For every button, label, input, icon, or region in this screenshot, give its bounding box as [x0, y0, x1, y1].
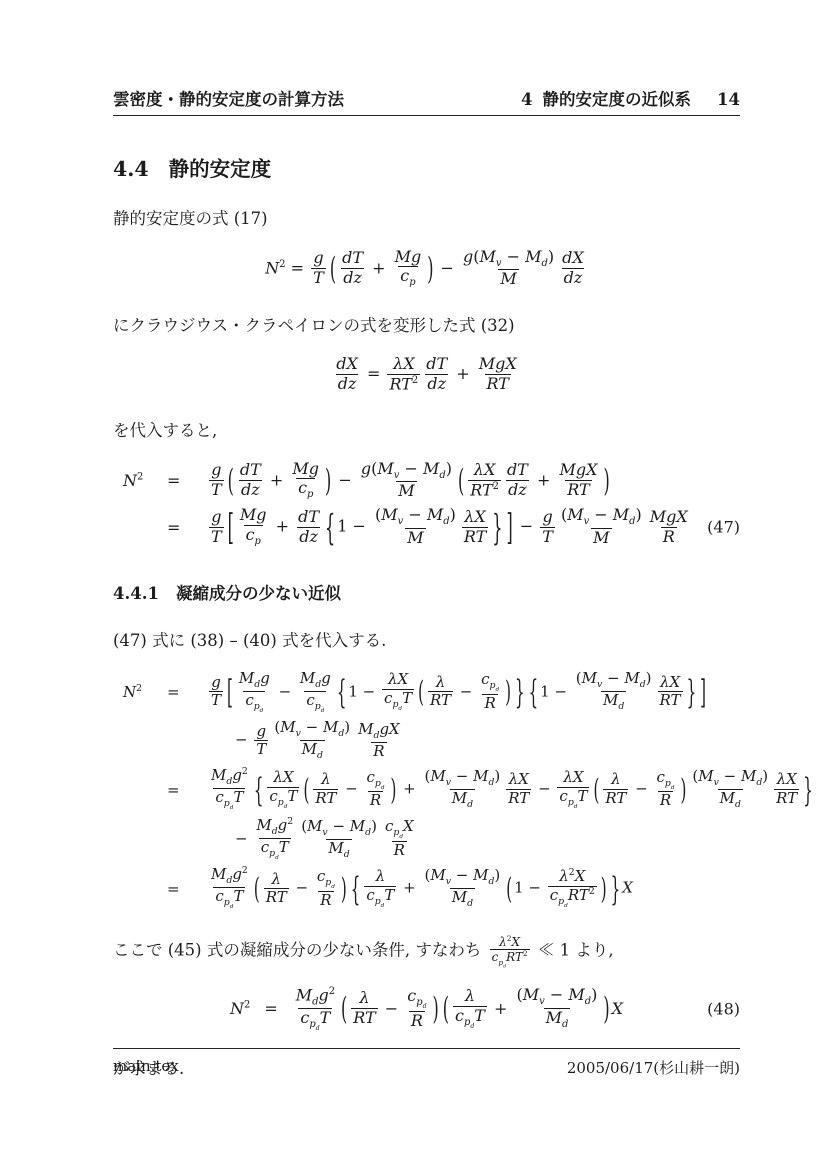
eq47-lhs: N2: [123, 471, 167, 490]
paragraph-intro-eq32: にクラウジウス・クラペイロンの式を変形した式 (32): [113, 313, 740, 339]
paragraph-substitute: を代入すると,: [113, 418, 740, 444]
section-heading: 4.4 静的安定度: [113, 152, 740, 182]
eq48-rhs: Mdg2cpdT(λRT − cpdR)(λcpdT + (Mv − Md)Md…: [292, 986, 623, 1033]
equation-17: N2 = gT(dTdz + Mgcp) − g(Mv − Md)MdXdz: [113, 248, 740, 290]
derivation-line4: − Mdg2cpdT(Mv − Md)MdcpdXR: [113, 817, 740, 862]
footer-date-author: 2005/06/17(杉山耕一朗): [567, 1057, 740, 1078]
derivation-rhs-line2: − gT(Mv − Md)MdMdgXR: [235, 719, 404, 762]
derivation-line2: − gT(Mv − Md)MdMdgXR: [113, 719, 740, 762]
eq48-lhs: N2: [230, 999, 250, 1018]
page-footer: main.tex 2005/06/17(杉山耕一朗): [113, 1048, 740, 1078]
derivation-rhs-line1: gT[Mdgcpd − Mdgcpd{1 − λXcpdT(λRT − cpdR…: [207, 670, 708, 715]
eq47-relation: =: [167, 471, 207, 490]
equation-47-line2: = gT[Mgcp + dTdz{1 − (Mv − Md)MλXRT}] − …: [113, 506, 740, 548]
derivation-rhs-line5: Mdg2cpdT(λRT − cpdR){λcpdT + (Mv − Md)Md…: [207, 866, 633, 911]
derivation-line1: N2 = gT[Mdgcpd − Mdgcpd{1 − λXcpdT(λRT −…: [113, 670, 740, 715]
paragraph-condition: ここで (45) 式の凝縮成分の少ない条件, すなわち λ2XcpdRT2 ≪ …: [113, 935, 740, 969]
header-section-title: 静的安定度の近似系: [543, 86, 692, 110]
header-section-number: 4: [521, 90, 532, 109]
equation-number-47: (47): [707, 518, 740, 537]
equation-32: dXdz = λXRT2dTdz + MgXRT: [113, 355, 740, 394]
derivation-relation: =: [167, 880, 207, 898]
paragraph-substitute-38-40: (47) 式に (38) – (40) 式を代入する.: [113, 628, 740, 654]
equation-48: N2 = Mdg2cpdT(λRT − cpdR)(λcpdT + (Mv − …: [113, 986, 740, 1033]
subsection-number: 4.4.1: [113, 584, 159, 603]
derivation-line3: = Mdg2cpdT{λXcpdT(λRT − cpdR) + (Mv − Md…: [113, 767, 740, 812]
derivation-relation: =: [167, 683, 207, 701]
equation-47: N2 = gT(dTdz + Mgcp) − g(Mv − Md)M(λXRT2…: [113, 460, 740, 549]
document-page: 雲密度・静的安定度の計算方法 4 静的安定度の近似系 14 4.4 静的安定度 …: [0, 0, 826, 1169]
page-header: 雲密度・静的安定度の計算方法 4 静的安定度の近似系 14: [113, 86, 740, 116]
derivation-rhs-line4: − Mdg2cpdT(Mv − Md)MdcpdXR: [235, 817, 418, 862]
derivation-rhs-line3: Mdg2cpdT{λXcpdT(λRT − cpdR) + (Mv − Md)M…: [207, 767, 815, 812]
eq47-rhs-line1: gT(dTdz + Mgcp) − g(Mv − Md)M(λXRT2dTdz …: [207, 460, 612, 502]
header-document-title: 雲密度・静的安定度の計算方法: [113, 86, 344, 110]
eq47-rhs-line2: gT[Mgcp + dTdz{1 − (Mv − Md)MλXRT}] − gT…: [207, 506, 692, 548]
header-page-number: 14: [717, 90, 740, 109]
derivation-lhs: N2: [123, 683, 167, 701]
eq48-relation: =: [264, 999, 277, 1018]
eq47-relation: =: [167, 518, 207, 537]
footer-filename: main.tex: [113, 1057, 179, 1078]
derivation-relation: =: [167, 781, 207, 799]
paragraph-intro-eq17: 静的安定度の式 (17): [113, 206, 740, 232]
equation-47-line1: N2 = gT(dTdz + Mgcp) − g(Mv − Md)M(λXRT2…: [113, 460, 740, 502]
subsection-heading: 4.4.1 凝縮成分の少ない近似: [113, 580, 740, 604]
equation-number-48: (48): [707, 999, 740, 1018]
equation-derivation-block: N2 = gT[Mdgcpd − Mdgcpd{1 − λXcpdT(λRT −…: [113, 670, 740, 911]
derivation-line5: = Mdg2cpdT(λRT − cpdR){λcpdT + (Mv − Md)…: [113, 866, 740, 911]
subsection-title: 凝縮成分の少ない近似: [176, 580, 341, 604]
header-right-group: 4 静的安定度の近似系 14: [521, 86, 740, 110]
section-title: 静的安定度: [169, 152, 272, 182]
section-number: 4.4: [113, 157, 149, 181]
